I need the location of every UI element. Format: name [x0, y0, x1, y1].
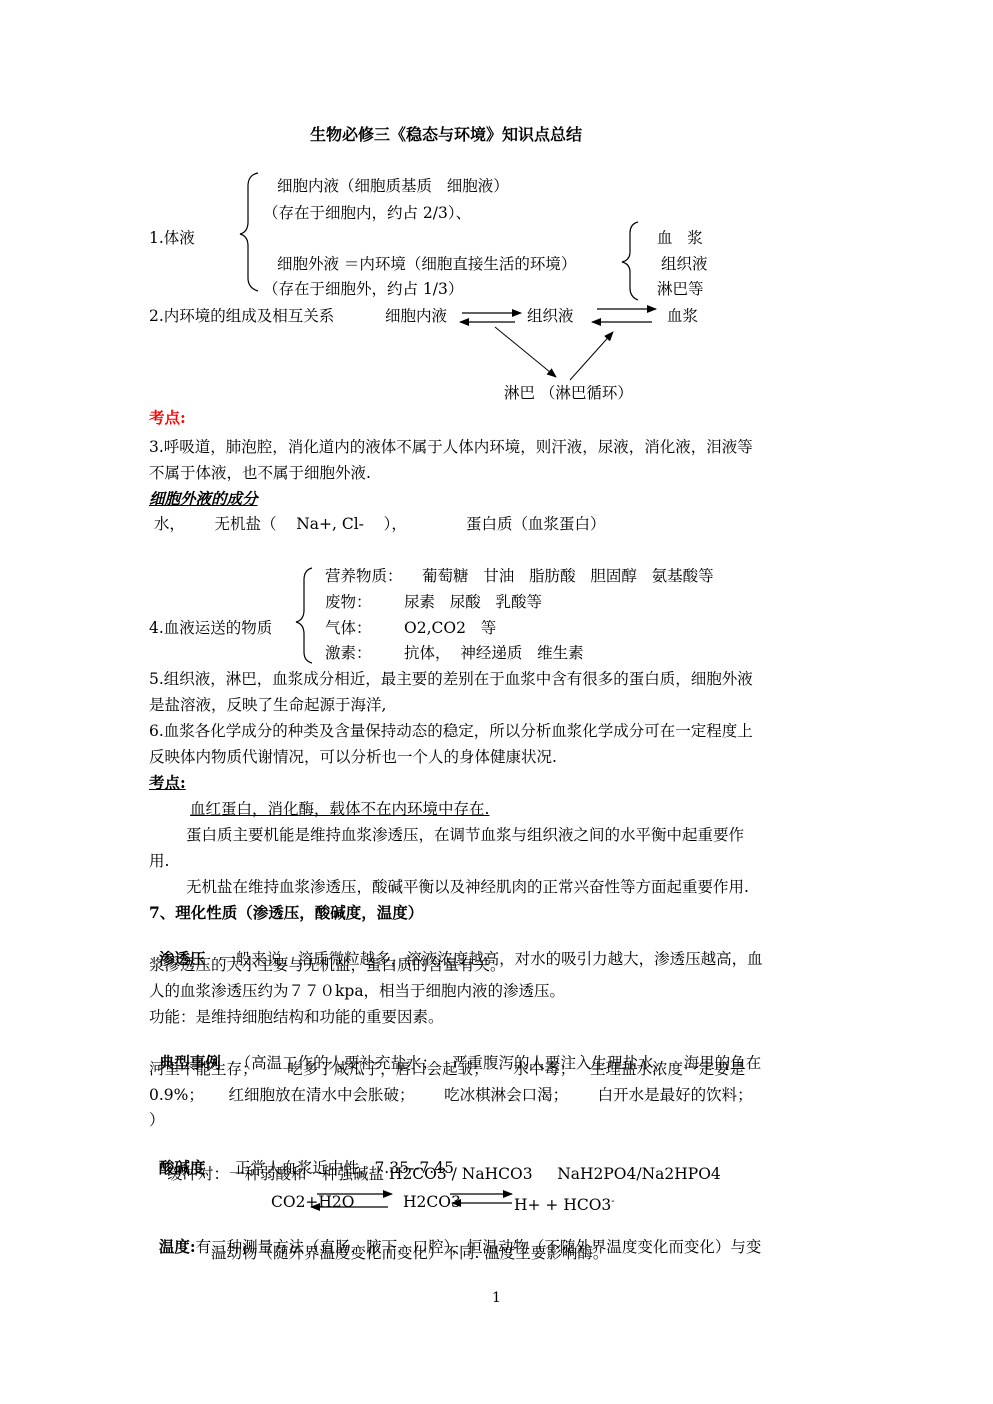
brace-icon [622, 222, 638, 300]
arrow-icon [570, 332, 613, 380]
brace-icon [240, 173, 258, 291]
diagram-overlay [0, 0, 993, 1404]
brace-icon [296, 568, 312, 663]
arrow-icon [495, 327, 556, 377]
